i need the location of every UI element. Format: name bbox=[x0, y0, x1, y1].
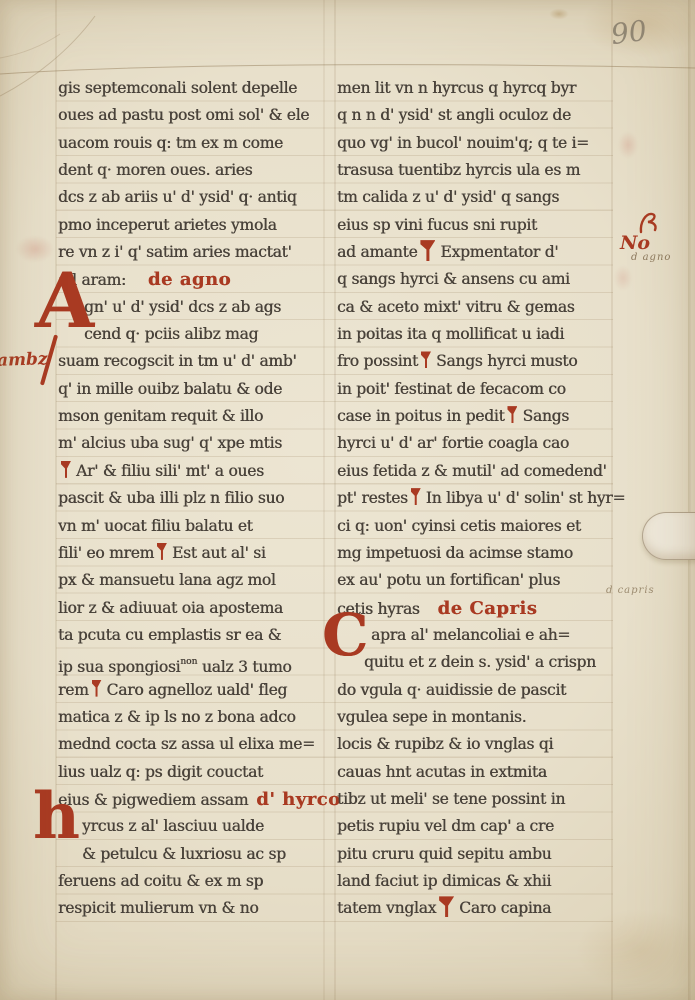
right-column: men lit vn n hyrcus q hyrcq byrq n n d' … bbox=[337, 75, 614, 923]
text-segment: lius ualz q: ps digit couctat bbox=[58, 763, 263, 781]
text-line: respicit mulierum vn & no bbox=[58, 895, 326, 922]
text-line: yrcus z al' lasciuu ualde bbox=[58, 813, 326, 840]
paraph-mark bbox=[421, 351, 431, 368]
paraph-mark bbox=[411, 488, 421, 505]
red-showthrough-right-margin-1 bbox=[614, 126, 642, 164]
text-line: feruens ad coitu & ex m sp bbox=[58, 868, 326, 895]
drop-cap-capra: C bbox=[322, 606, 368, 664]
text-line: q' in mille ouibz balatu & ode bbox=[58, 376, 326, 403]
text-segment: mednd cocta sz assa ul elixa me= bbox=[58, 735, 315, 753]
text-line: apra al' melancoliai e ah= bbox=[337, 622, 614, 649]
text-segment: Sangs bbox=[522, 407, 568, 425]
text-segment: trasusa tuentibz hyrcis ula es m bbox=[337, 161, 580, 179]
paraph-mark bbox=[92, 680, 102, 697]
text-segment: tatem vnglax bbox=[337, 899, 436, 917]
paraph-mark bbox=[61, 461, 71, 478]
text-segment: dcs z ab ariis u' d' ysid' q· antiq bbox=[58, 188, 297, 206]
text-segment: lior z & adiuuat oia apostema bbox=[58, 599, 283, 617]
text-segment: respicit mulierum vn & no bbox=[58, 899, 258, 917]
page-fore-edge bbox=[688, 0, 691, 1000]
text-line: locis & rupibz & io vnglas qi bbox=[337, 731, 614, 758]
text-line: pitu cruru quid sepitu ambu bbox=[337, 841, 614, 868]
text-line: pascit & uba illi plz n filio suo bbox=[58, 485, 326, 512]
text-segment: feruens ad coitu & ex m sp bbox=[58, 872, 263, 890]
text-segment: q sangs hyrci & ansens cu ami bbox=[337, 270, 570, 288]
text-line: tm calida z u' d' ysid' q sangs bbox=[337, 184, 614, 211]
text-segment: & petulcu & luxriosu ac sp bbox=[82, 845, 286, 863]
text-line: mg impetuosi da acimse stamo bbox=[337, 540, 614, 567]
text-line: suam recogscit in tm u' d' amb' bbox=[58, 348, 326, 375]
text-segment: matica z & ip ls no z bona adco bbox=[58, 708, 296, 726]
text-segment: dent q· moren oues. aries bbox=[58, 161, 252, 179]
text-segment: ip sua spongiosi bbox=[58, 658, 180, 676]
paraph-mark bbox=[507, 406, 517, 423]
text-segment: cend q· pciis alibz mag bbox=[84, 325, 258, 343]
rubric-text: de agno bbox=[148, 269, 231, 290]
text-line: quo vg' in bucol' nouim'q; q te i= bbox=[337, 130, 614, 157]
text-line: q n n d' ysid' st angli oculoz de bbox=[337, 102, 614, 129]
text-line: pt' restesIn libya u' d' solin' st hyr= bbox=[337, 485, 614, 512]
text-line: cend q· pciis alibz mag bbox=[58, 321, 326, 348]
text-segment: px & mansuetu lana agz mol bbox=[58, 571, 276, 589]
text-line: pmo inceperut arietes ymola bbox=[58, 212, 326, 239]
text-segment: q n n d' ysid' st angli oculoz de bbox=[337, 106, 571, 124]
text-line: case in poitus in peditSangs bbox=[337, 403, 614, 430]
text-line: do vgula q· auidissie de pascit bbox=[337, 677, 614, 704]
text-segment: Sangs hyrci musto bbox=[436, 352, 577, 370]
text-line: ip sua spongiosinon ualz 3 tumo bbox=[58, 649, 326, 676]
drop-cap-agnus: A bbox=[34, 266, 97, 336]
text-segment: ta pcuta cu emplastis sr ea & bbox=[58, 626, 281, 644]
text-segment: hyrci u' d' ar' fortie coagla cao bbox=[337, 434, 569, 452]
text-segment: pitu cruru quid sepitu ambu bbox=[337, 845, 551, 863]
text-line: oues ad pastu post omi sol' & ele bbox=[58, 102, 326, 129]
text-segment: case in poitus in pedit bbox=[337, 407, 504, 425]
text-line: dcs z ab ariis u' d' ysid' q· antiq bbox=[58, 184, 326, 211]
paraph-mark bbox=[157, 543, 167, 560]
text-line: q sangs hyrci & ansens cu ami bbox=[337, 266, 614, 293]
stain-spot-top bbox=[545, 6, 573, 22]
text-line: cauas hnt acutas in extmita bbox=[337, 759, 614, 786]
text-line: eius sp vini fucus sni rupit bbox=[337, 212, 614, 239]
text-segment: eius sp vini fucus sni rupit bbox=[337, 216, 537, 234]
text-segment: non bbox=[180, 657, 197, 667]
text-line: eius fetida z & mutil' ad comedend' bbox=[337, 458, 614, 485]
folio-number: 90 bbox=[609, 14, 648, 51]
text-segment: cauas hnt acutas in extmita bbox=[337, 763, 547, 781]
text-line: re vn z i' q' satim aries mactat' bbox=[58, 239, 326, 266]
text-segment: quitu et z dein s. ysid' a crispn bbox=[364, 653, 596, 671]
text-segment: Caro agnelloz uald' fleg bbox=[107, 681, 288, 699]
text-segment: ci q: uon' cyinsi cetis maiores et bbox=[337, 517, 581, 535]
text-line: Ar' & filiu sili' mt' a oues bbox=[58, 458, 326, 485]
text-segment: rem bbox=[58, 681, 89, 699]
text-segment: tm calida z u' d' ysid' q sangs bbox=[337, 188, 559, 206]
text-segment: apra al' melancoliai e ah= bbox=[371, 626, 570, 644]
text-line: m' alcius uba sug' q' xpe mtis bbox=[58, 430, 326, 457]
text-line: tibz ut meli' se tene possint in bbox=[337, 786, 614, 813]
text-line: tatem vnglaxCaro capina bbox=[337, 895, 614, 922]
text-line: petis rupiu vel dm cap' a cre bbox=[337, 813, 614, 840]
text-line: dent q· moren oues. aries bbox=[58, 157, 326, 184]
text-line: vgulea sepe in montanis. bbox=[337, 704, 614, 731]
text-segment: in poit' festinat de fecacom co bbox=[337, 380, 566, 398]
text-line: in poit' festinat de fecacom co bbox=[337, 376, 614, 403]
text-line: uacom rouis q: tm ex m come bbox=[58, 130, 326, 157]
text-segment: eius & pigwediem assam bbox=[58, 791, 248, 809]
text-segment: in poitas ita q mollificat u iadi bbox=[337, 325, 564, 343]
text-segment: Expmentator d' bbox=[440, 243, 558, 261]
text-line: trasusa tuentibz hyrcis ula es m bbox=[337, 157, 614, 184]
paraph-mark bbox=[420, 240, 435, 261]
nota-label: No bbox=[620, 232, 650, 254]
text-segment: Ar' & filiu sili' mt' a oues bbox=[76, 462, 264, 480]
paraph-mark bbox=[439, 896, 454, 917]
text-line: land faciut ip dimicas & xhii bbox=[337, 868, 614, 895]
text-segment: In libya u' d' solin' st hyr= bbox=[426, 489, 625, 507]
text-segment: ualz 3 tumo bbox=[197, 658, 291, 676]
text-segment: vgulea sepe in montanis. bbox=[337, 708, 526, 726]
rubric-text: d' hyrco bbox=[256, 789, 340, 810]
text-line: men lit vn n hyrcus q hyrcq byr bbox=[337, 75, 614, 102]
text-segment: vn m' uocat filiu balatu et bbox=[58, 517, 253, 535]
text-segment: fili' eo mrem bbox=[58, 544, 154, 562]
margin-gloss-de-agno: d agno bbox=[631, 252, 671, 263]
text-segment: suam recogscit in tm u' d' amb' bbox=[58, 352, 296, 370]
text-segment: pascit & uba illi plz n filio suo bbox=[58, 489, 284, 507]
text-line: in poitas ita q mollificat u iadi bbox=[337, 321, 614, 348]
text-segment: fro possint bbox=[337, 352, 418, 370]
text-line: ad aram:de agno bbox=[58, 266, 326, 293]
text-line: cetis hyrasde Capris bbox=[337, 595, 614, 622]
text-line: gn' u' d' ysid' dcs z ab ags bbox=[58, 294, 326, 321]
manuscript-page: 90 gis septemconali solent depelleoues a… bbox=[0, 0, 695, 1000]
text-line: quitu et z dein s. ysid' a crispn bbox=[337, 649, 614, 676]
text-line: mson genitam requit & illo bbox=[58, 403, 326, 430]
margin-note-ambrosius: ambz bbox=[0, 349, 48, 371]
text-segment: tibz ut meli' se tene possint in bbox=[337, 790, 565, 808]
text-segment: gn' u' d' ysid' dcs z ab ags bbox=[84, 298, 281, 316]
parchment-tab bbox=[642, 512, 695, 560]
text-segment: m' alcius uba sug' q' xpe mtis bbox=[58, 434, 282, 452]
text-line: remCaro agnelloz uald' fleg bbox=[58, 677, 326, 704]
text-line: lius ualz q: ps digit couctat bbox=[58, 759, 326, 786]
text-line: fro possintSangs hyrci musto bbox=[337, 348, 614, 375]
text-segment: locis & rupibz & io vnglas qi bbox=[337, 735, 553, 753]
text-line: & petulcu & luxriosu ac sp bbox=[58, 841, 326, 868]
text-segment: mg impetuosi da acimse stamo bbox=[337, 544, 573, 562]
text-segment: land faciut ip dimicas & xhii bbox=[337, 872, 551, 890]
text-line: px & mansuetu lana agz mol bbox=[58, 567, 326, 594]
text-line: ci q: uon' cyinsi cetis maiores et bbox=[337, 513, 614, 540]
text-segment: do vgula q· auidissie de pascit bbox=[337, 681, 566, 699]
text-segment: eius fetida z & mutil' ad comedend' bbox=[337, 462, 607, 480]
text-line: ad amanteExpmentator d' bbox=[337, 239, 614, 266]
text-line: matica z & ip ls no z bona adco bbox=[58, 704, 326, 731]
drop-cap-hyrcus: h bbox=[33, 786, 80, 848]
text-line: ca & aceto mixt' vitru & gemas bbox=[337, 294, 614, 321]
text-segment: Est aut al' si bbox=[172, 544, 266, 562]
text-line: eius & pigwediem assamd' hyrco bbox=[58, 786, 326, 813]
text-line: lior z & adiuuat oia apostema bbox=[58, 595, 326, 622]
text-segment: ad amante bbox=[337, 243, 417, 261]
text-line: mednd cocta sz assa ul elixa me= bbox=[58, 731, 326, 758]
text-segment: gis septemconali solent depelle bbox=[58, 79, 297, 97]
text-segment: quo vg' in bucol' nouim'q; q te i= bbox=[337, 134, 589, 152]
rubric-text: de Capris bbox=[438, 598, 538, 619]
text-segment: men lit vn n hyrcus q hyrcq byr bbox=[337, 79, 576, 97]
text-line: ta pcuta cu emplastis sr ea & bbox=[58, 622, 326, 649]
text-segment: uacom rouis q: tm ex m come bbox=[58, 134, 283, 152]
text-segment: ex au' potu un fortifican' plus bbox=[337, 571, 560, 589]
text-segment: oues ad pastu post omi sol' & ele bbox=[58, 106, 309, 124]
text-line: ex au' potu un fortifican' plus bbox=[337, 567, 614, 594]
margin-gloss-de-capris: d capris bbox=[606, 585, 655, 596]
text-segment: Caro capina bbox=[459, 899, 551, 917]
text-segment: pmo inceperut arietes ymola bbox=[58, 216, 277, 234]
text-segment: pt' restes bbox=[337, 489, 408, 507]
text-segment: ca & aceto mixt' vitru & gemas bbox=[337, 298, 574, 316]
text-segment: mson genitam requit & illo bbox=[58, 407, 263, 425]
text-segment: q' in mille ouibz balatu & ode bbox=[58, 380, 282, 398]
text-line: gis septemconali solent depelle bbox=[58, 75, 326, 102]
text-line: hyrci u' d' ar' fortie coagla cao bbox=[337, 430, 614, 457]
nota-flourish-icon bbox=[638, 210, 660, 234]
left-column: gis septemconali solent depelleoues ad p… bbox=[58, 75, 326, 923]
text-line: fili' eo mremEst aut al' si bbox=[58, 540, 326, 567]
text-line: vn m' uocat filiu balatu et bbox=[58, 513, 326, 540]
text-segment: yrcus z al' lasciuu ualde bbox=[82, 817, 264, 835]
text-segment: petis rupiu vel dm cap' a cre bbox=[337, 817, 554, 835]
